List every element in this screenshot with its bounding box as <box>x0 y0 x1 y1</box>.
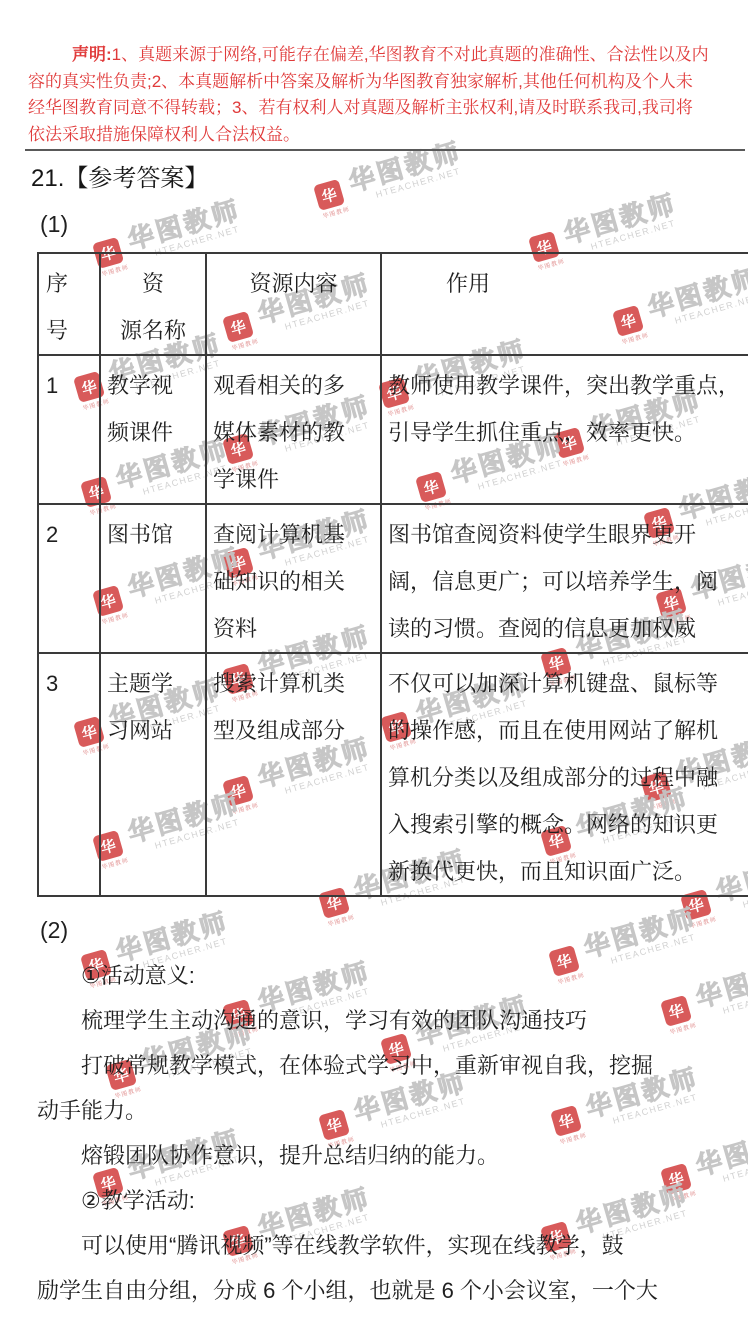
cell-resource-content: 搜索计算机类 型及组成部分 <box>206 653 381 896</box>
header-effect: 作用 <box>381 253 748 355</box>
cell-resource-name: 教学视 频课件 <box>100 355 206 504</box>
resource-table: 序 号 资 源名称 资源内容 作用 1 教学视 频课件 观看相关的多 媒体素材的… <box>37 252 748 897</box>
answer-paragraphs: ①活动意义: 梳理学生主动沟通的意识，学习有效的团队沟通技巧 打破常规教学模式，… <box>37 953 732 1313</box>
disclaimer-body: 1、真题来源于网络,可能存在偏差,华图教育不对此真题的准确性、合法性以及内 容的… <box>28 45 709 144</box>
cell-resource-content: 观看相关的多 媒体素材的教 学课件 <box>206 355 381 504</box>
paragraph-activity-meaning-title: ①活动意义: <box>37 953 732 998</box>
document-page: 声明:1、真题来源于网络,可能存在偏差,华图教育不对此真题的准确性、合法性以及内… <box>0 42 748 1313</box>
header-resource-content: 资源内容 <box>206 253 381 355</box>
cell-resource-name: 主题学 习网站 <box>100 653 206 896</box>
table-row: 1 教学视 频课件 观看相关的多 媒体素材的教 学课件 教师使用教学课件，突出教… <box>38 355 748 504</box>
cell-no: 3 <box>38 653 100 896</box>
disclaimer-text: 声明:1、真题来源于网络,可能存在偏差,华图教育不对此真题的准确性、合法性以及内… <box>28 42 720 148</box>
cell-no: 2 <box>38 504 100 653</box>
part1-label: (1) <box>40 201 748 247</box>
cell-effect: 图书馆查阅资料使学生眼界更开 阔，信息更广；可以培养学生，阅 读的习惯。查阅的信… <box>381 504 748 653</box>
cell-effect: 教师使用教学课件，突出教学重点， 引导学生抓住重点，效率更快。 <box>381 355 748 504</box>
header-no: 序 号 <box>38 253 100 355</box>
section-divider <box>25 149 745 151</box>
cell-resource-content: 查阅计算机基 础知识的相关 资料 <box>206 504 381 653</box>
answer-heading: 21.【参考答案】 <box>31 157 748 201</box>
part2-label: (2) <box>40 907 748 953</box>
paragraph-teamwork: 熔锻团队协作意识，提升总结归纳的能力。 <box>37 1133 732 1178</box>
table-row: 2 图书馆 查阅计算机基 础知识的相关 资料 图书馆查阅资料使学生眼界更开 阔，… <box>38 504 748 653</box>
paragraph-teaching-activity-title: ②教学活动: <box>37 1178 732 1223</box>
table-row: 3 主题学 习网站 搜索计算机类 型及组成部分 不仅可以加深计算机键盘、鼠标等 … <box>38 653 748 896</box>
disclaimer-label: 声明: <box>72 45 112 64</box>
cell-no: 1 <box>38 355 100 504</box>
header-resource-name: 资 源名称 <box>100 253 206 355</box>
paragraph-communication: 梳理学生主动沟通的意识，学习有效的团队沟通技巧 <box>37 998 732 1043</box>
table-header-row: 序 号 资 源名称 资源内容 作用 <box>38 253 748 355</box>
cell-resource-name: 图书馆 <box>100 504 206 653</box>
paragraph-online-teaching: 可以使用“腾讯视频”等在线教学软件，实现在线教学，鼓 励学生自由分组，分成 6 … <box>37 1223 732 1313</box>
paragraph-break-routine: 打破常规教学模式，在体验式学习中，重新审视自我，挖掘 动手能力。 <box>37 1043 732 1133</box>
cell-effect: 不仅可以加深计算机键盘、鼠标等 的操作感，而且在使用网站了解机 算机分类以及组成… <box>381 653 748 896</box>
